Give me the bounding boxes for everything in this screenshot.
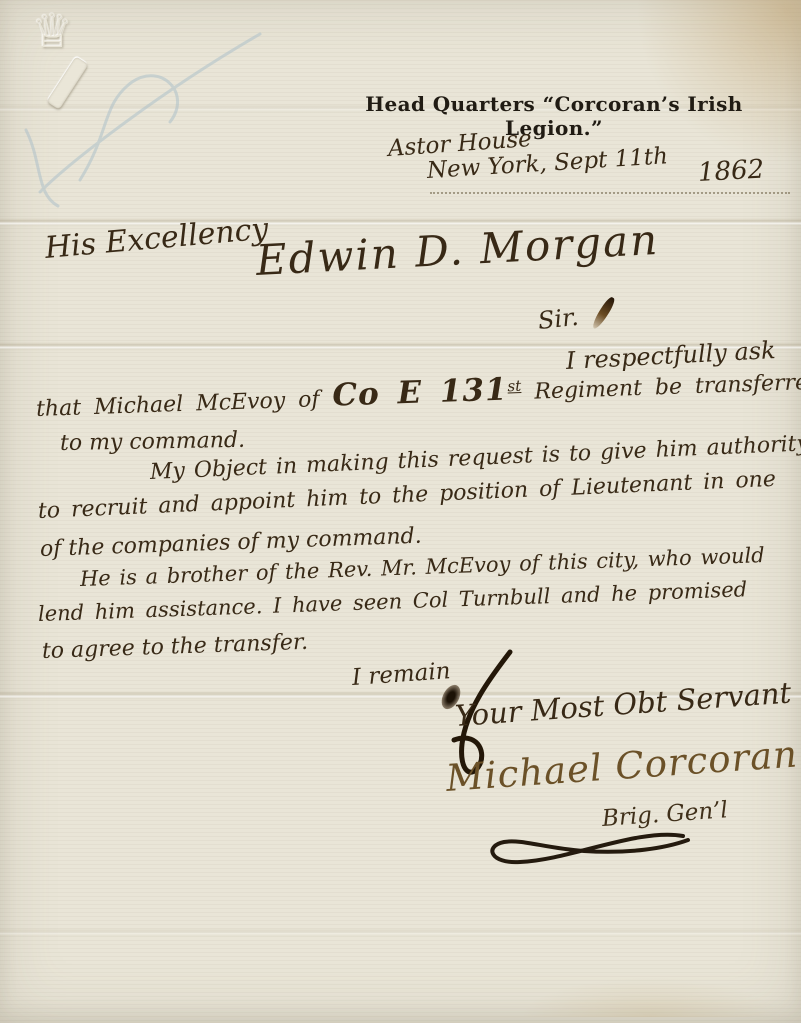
request-unit-ordinal: st (507, 377, 521, 395)
signature-rank: Brig. Gen’l (601, 797, 729, 832)
letterhead-printed-title: Head Quarters “Corcoran’s Irish Legion.” (328, 92, 780, 140)
crown-icon: ♕ (32, 8, 73, 54)
request-post: Regiment be transferred (534, 370, 801, 405)
body-line-request: that Michael McEvoy of Co E 131st Regime… (35, 361, 801, 424)
ink-smear (590, 295, 617, 330)
request-unit: Co E 131 (332, 372, 508, 414)
body-line-object-2: to recruit and appoint him to the positi… (37, 467, 776, 524)
salutation: Sir. (537, 303, 580, 335)
printed-date-rule (430, 192, 790, 194)
seal-ribbon (47, 56, 89, 109)
request-pre: that Michael McEvoy of (36, 387, 320, 422)
letter-document: ♕ Head Quarters “Corcoran’s Irish Legion… (0, 0, 801, 1023)
body-line-request-end: to my command. (60, 428, 245, 456)
body-line-brother-3: to agree to the transfer. (42, 630, 309, 664)
closing-valediction: Your Most Obt Servant (454, 676, 792, 733)
recipient-honorific: His Excellency (43, 212, 269, 266)
signature-paraph (478, 826, 693, 876)
embossed-crown-seal: ♕ (26, 8, 112, 108)
fold-crease (0, 928, 801, 937)
dateline-year: 1862 (697, 155, 765, 188)
recipient-name: Edwin D. Morgan (255, 215, 661, 285)
paper-stain (520, 977, 780, 1017)
signature-name: Michael Corcoran (445, 732, 800, 799)
closing-remain: I remain (351, 658, 451, 691)
